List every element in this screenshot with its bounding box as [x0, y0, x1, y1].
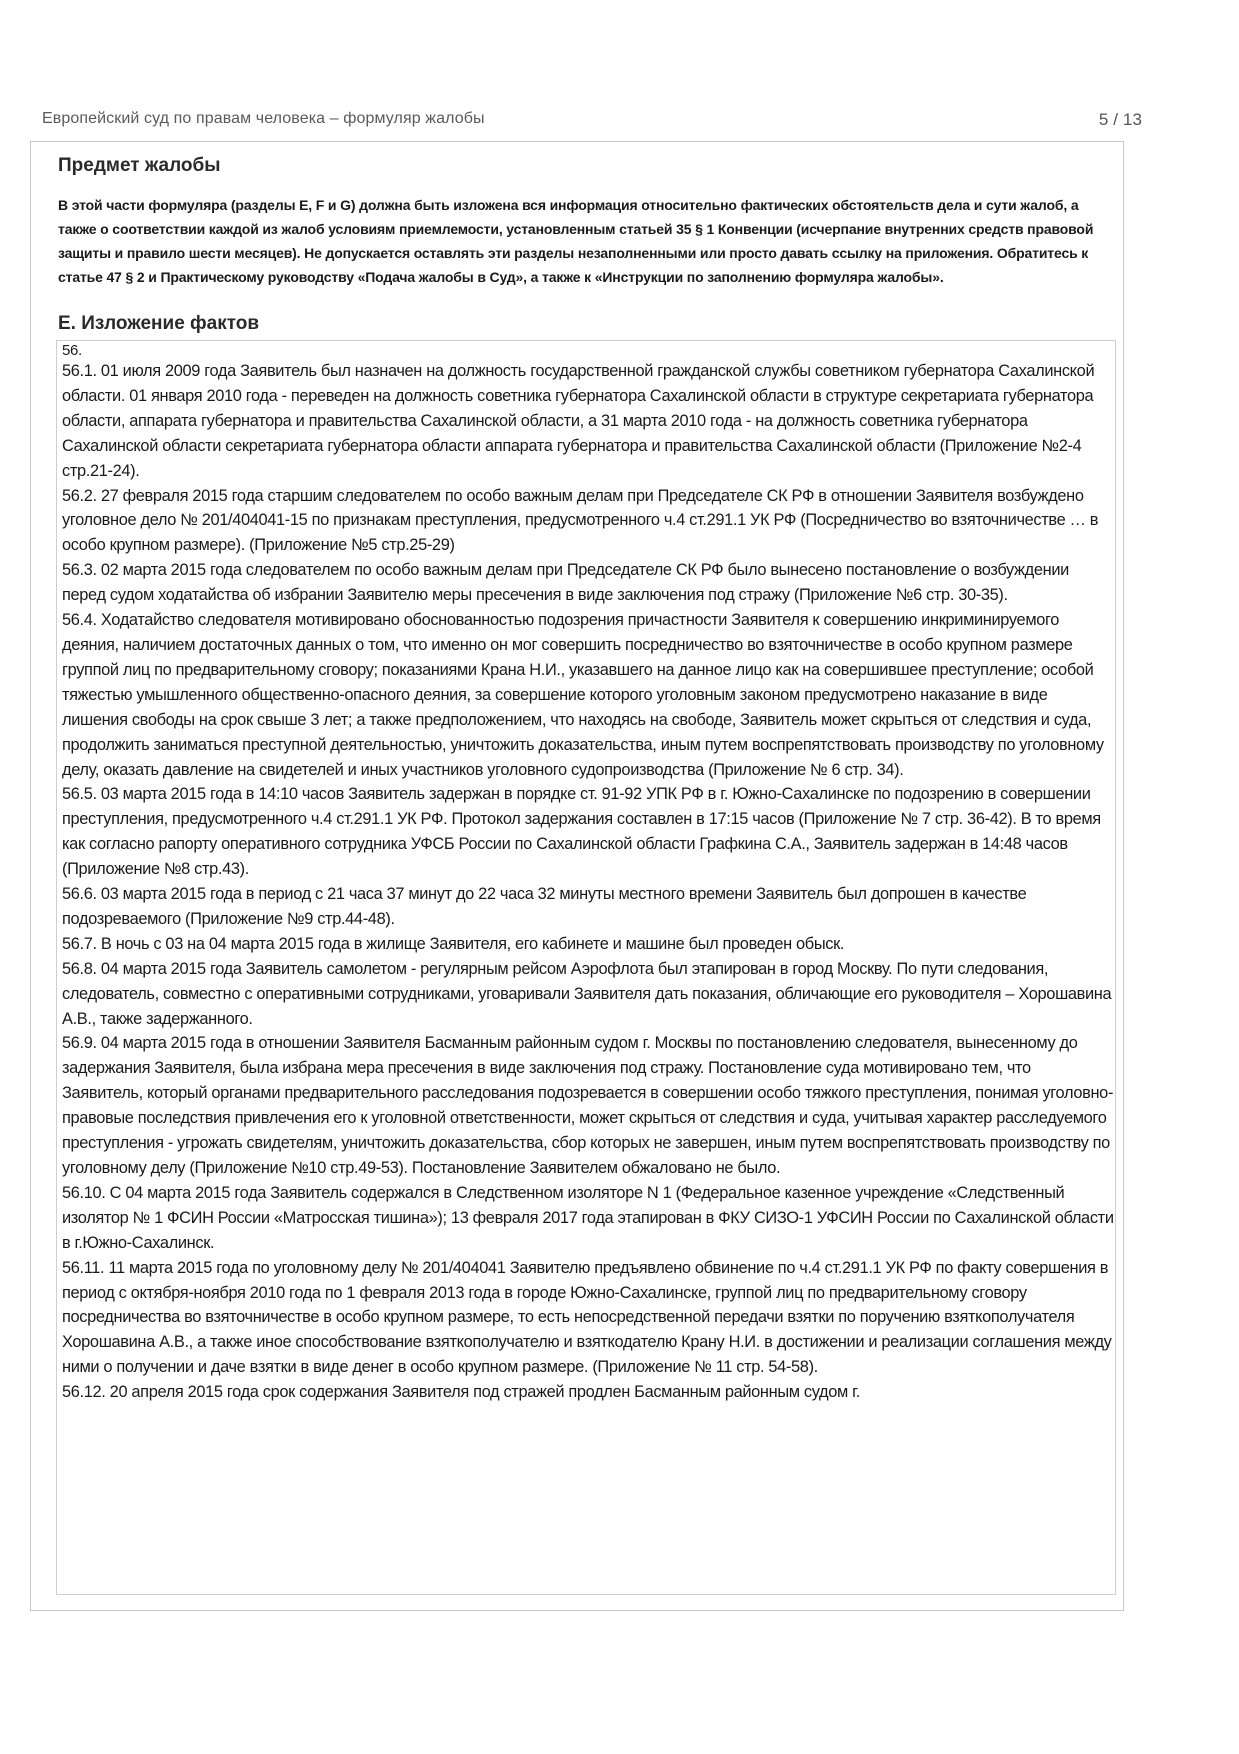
- fact-paragraph: 56.10. С 04 марта 2015 года Заявитель со…: [62, 1181, 1114, 1256]
- fact-paragraph: 56.1. 01 июля 2009 года Заявитель был на…: [62, 359, 1114, 484]
- fact-paragraph: 56.5. 03 марта 2015 года в 14:10 часов З…: [62, 782, 1114, 882]
- fact-paragraph: 56.8. 04 марта 2015 года Заявитель самол…: [62, 957, 1114, 1032]
- fact-paragraph: 56.6. 03 марта 2015 года в период с 21 ч…: [62, 882, 1114, 932]
- fact-paragraph: 56.7. В ночь с 03 на 04 марта 2015 года …: [62, 932, 1114, 957]
- instructions-text: В этой части формуляра (разделы E, F и G…: [58, 193, 1114, 289]
- page-number: 5 / 13: [1099, 110, 1142, 130]
- fact-paragraph: 56.9. 04 марта 2015 года в отношении Зая…: [62, 1031, 1114, 1180]
- running-header: Европейский суд по правам человека – фор…: [42, 110, 1142, 128]
- facts-lead-number: 56.: [62, 343, 1114, 359]
- fact-paragraph: 56.4. Ходатайство следователя мотивирова…: [62, 608, 1114, 782]
- section-title-subject: Предмет жалобы: [58, 155, 221, 177]
- facts-content: 56. 56.1. 01 июля 2009 года Заявитель бы…: [62, 343, 1114, 1405]
- fact-paragraph: 56.11. 11 марта 2015 года по уголовному …: [62, 1256, 1114, 1381]
- instructions-block: В этой части формуляра (разделы E, F и G…: [58, 193, 1114, 289]
- fact-paragraph: 56.2. 27 февраля 2015 года старшим следо…: [62, 484, 1114, 559]
- fact-paragraph: 56.3. 02 марта 2015 года следователем по…: [62, 558, 1114, 608]
- document-title: Европейский суд по правам человека – фор…: [42, 110, 485, 127]
- fact-paragraph: 56.12. 20 апреля 2015 года срок содержан…: [62, 1380, 1114, 1405]
- section-title-facts: E. Изложение фактов: [58, 313, 259, 335]
